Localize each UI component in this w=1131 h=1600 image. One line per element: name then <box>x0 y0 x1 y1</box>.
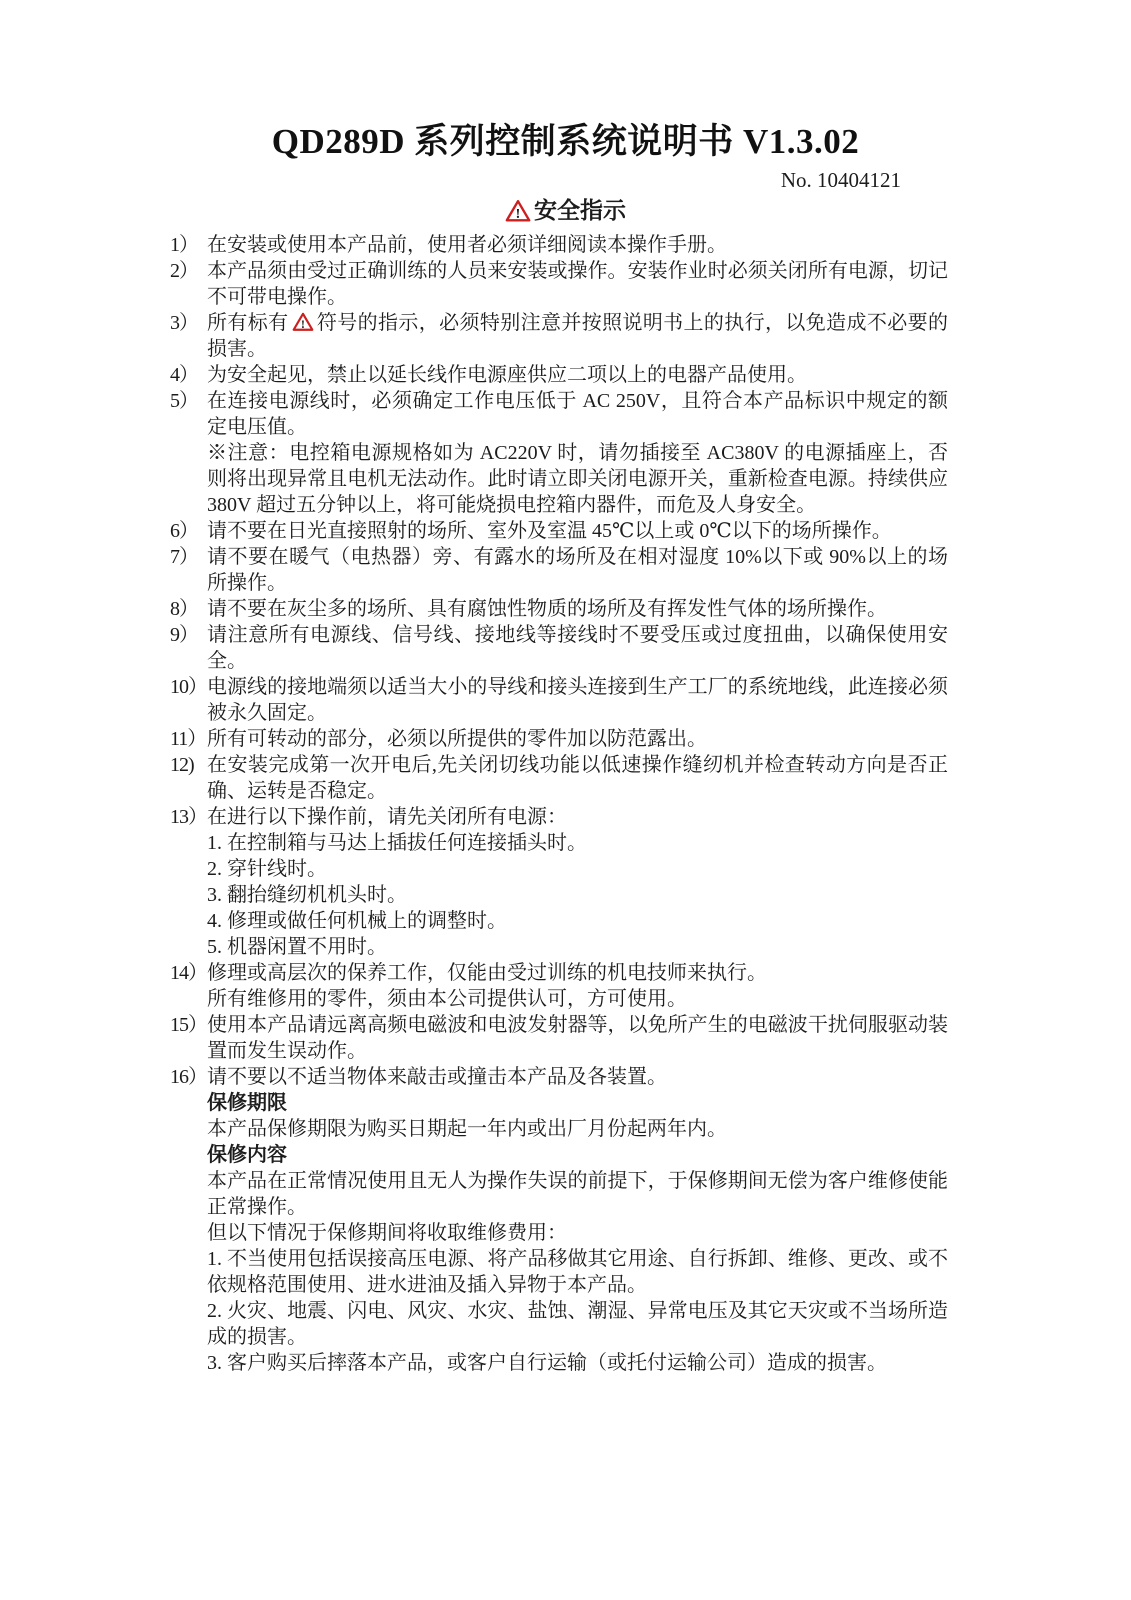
item-note: ※注意：电控箱电源规格如为 AC220V 时，请勿插接至 AC380V 的电源插… <box>207 440 948 518</box>
warranty-fee-item: 1. 不当使用包括误接高压电源、将产品移做其它用途、自行拆卸、维修、更改、或不依… <box>207 1246 948 1298</box>
item-number: 8） <box>170 596 207 622</box>
item-number: 11） <box>170 726 207 752</box>
item-text: 在连接电源线时，必须确定工作电压低于 AC 250V，且符合本产品标识中规定的额… <box>207 388 948 518</box>
item-text-main: 在连接电源线时，必须确定工作电压低于 AC 250V，且符合本产品标识中规定的额… <box>207 388 948 440</box>
warranty-period-heading: 保修期限 <box>207 1090 948 1116</box>
item-text-extra: 所有维修用的零件，须由本公司提供认可，方可使用。 <box>207 986 948 1012</box>
item-number: 4） <box>170 362 207 388</box>
safety-item-4: 4） 为安全起见，禁止以延长线作电源座供应二项以上的电器产品使用。 <box>170 362 948 388</box>
safety-item-2: 2） 本产品须由受过正确训练的人员来安装或操作。安装作业时必须关闭所有电源，切记… <box>170 258 948 310</box>
item-number: 3） <box>170 310 207 362</box>
item-text: 所有可转动的部分，必须以所提供的零件加以防范露出。 <box>207 726 948 752</box>
safety-item-1: 1） 在安装或使用本产品前，使用者必须详细阅读本操作手册。 <box>170 232 948 258</box>
warning-triangle-icon: ! <box>292 312 314 332</box>
safety-item-14: 14） 修理或高层次的保养工作，仅能由受过训练的机电技师来执行。 所有维修用的零… <box>170 960 948 1012</box>
warranty-fee-intro: 但以下情况于保修期间将收取维修费用： <box>207 1220 948 1246</box>
item-text: 使用本产品请远离高频电磁波和电波发射器等，以免所产生的电磁波干扰伺服驱动装置而发… <box>207 1012 948 1064</box>
item-text: 请不要以不适当物体来敲击或撞击本产品及各装置。 <box>207 1064 948 1090</box>
safety-instructions-list: 1） 在安装或使用本产品前，使用者必须详细阅读本操作手册。 2） 本产品须由受过… <box>170 232 948 1376</box>
sub-item: 2. 穿针线时。 <box>207 856 948 882</box>
manual-page: QD289D 系列控制系统说明书 V1.3.02 No. 10404121 ! … <box>0 0 1131 1600</box>
item-number: 5） <box>170 388 207 518</box>
item-text: 修理或高层次的保养工作，仅能由受过训练的机电技师来执行。 所有维修用的零件，须由… <box>207 960 948 1012</box>
item-number: 1） <box>170 232 207 258</box>
safety-item-5: 5） 在连接电源线时，必须确定工作电压低于 AC 250V，且符合本产品标识中规… <box>170 388 948 518</box>
safety-item-10: 10） 电源线的接地端须以适当大小的导线和接头连接到生产工厂的系统地线，此连接必… <box>170 674 948 726</box>
item-number: 2） <box>170 258 207 310</box>
doc-number: No. 10404121 <box>0 166 901 194</box>
item-text: 请不要在暖气（电热器）旁、有露水的场所及在相对湿度 10%以下或 90%以上的场… <box>207 544 948 596</box>
item-number: 9） <box>170 622 207 674</box>
item-text: 电源线的接地端须以适当大小的导线和接头连接到生产工厂的系统地线，此连接必须被永久… <box>207 674 948 726</box>
safety-item-12: 12) 在安装完成第一次开电后,先关闭切线功能以低速操作缝纫机并检查转动方向是否… <box>170 752 948 804</box>
item-text: 请不要在日光直接照射的场所、室外及室温 45℃以上或 0℃以下的场所操作。 <box>207 518 948 544</box>
item-text-main: 在进行以下操作前，请先关闭所有电源： <box>207 804 948 830</box>
item-text: 在安装或使用本产品前，使用者必须详细阅读本操作手册。 <box>207 232 948 258</box>
warranty-fee-item: 3. 客户购买后摔落本产品，或客户自行运输（或托付运输公司）造成的损害。 <box>207 1350 948 1376</box>
safety-item-7: 7） 请不要在暖气（电热器）旁、有露水的场所及在相对湿度 10%以下或 90%以… <box>170 544 948 596</box>
item-number: 15） <box>170 1012 207 1064</box>
svg-text:!: ! <box>516 207 521 222</box>
item-number: 13） <box>170 804 207 960</box>
item-text: 在安装完成第一次开电后,先关闭切线功能以低速操作缝纫机并检查转动方向是否正确、运… <box>207 752 948 804</box>
warranty-content-text: 本产品在正常情况使用且无人为操作失误的前提下，于保修期间无偿为客户维修使能正常操… <box>207 1168 948 1220</box>
item-number: 12) <box>170 752 207 804</box>
safety-item-6: 6） 请不要在日光直接照射的场所、室外及室温 45℃以上或 0℃以下的场所操作。 <box>170 518 948 544</box>
item-text: 请注意所有电源线、信号线、接地线等接线时不要受压或过度扭曲，以确保使用安全。 <box>207 622 948 674</box>
item-text-before-icon: 所有标有 <box>207 312 289 334</box>
item-text: 请不要在灰尘多的场所、具有腐蚀性物质的场所及有挥发性气体的场所操作。 <box>207 596 948 622</box>
safety-item-9: 9） 请注意所有电源线、信号线、接地线等接线时不要受压或过度扭曲，以确保使用安全… <box>170 622 948 674</box>
page-title: QD289D 系列控制系统说明书 V1.3.02 <box>0 120 1131 164</box>
safety-item-8: 8） 请不要在灰尘多的场所、具有腐蚀性物质的场所及有挥发性气体的场所操作。 <box>170 596 948 622</box>
warranty-content-heading: 保修内容 <box>207 1142 948 1168</box>
svg-text:!: ! <box>301 318 305 331</box>
sub-item: 3. 翻抬缝纫机机头时。 <box>207 882 948 908</box>
safety-item-15: 15） 使用本产品请远离高频电磁波和电波发射器等，以免所产生的电磁波干扰伺服驱动… <box>170 1012 948 1064</box>
item-number: 10） <box>170 674 207 726</box>
sub-item: 1. 在控制箱与马达上插拔任何连接插头时。 <box>207 830 948 856</box>
safety-item-11: 11） 所有可转动的部分，必须以所提供的零件加以防范露出。 <box>170 726 948 752</box>
warranty-section: 保修期限 本产品保修期限为购买日期起一年内或出厂月份起两年内。 保修内容 本产品… <box>207 1090 948 1376</box>
warranty-period-text: 本产品保修期限为购买日期起一年内或出厂月份起两年内。 <box>207 1116 948 1142</box>
sub-item: 4. 修理或做任何机械上的调整时。 <box>207 908 948 934</box>
safety-heading-label: 安全指示 <box>534 196 626 226</box>
item-number: 14） <box>170 960 207 1012</box>
item-number: 6） <box>170 518 207 544</box>
item-text: 为安全起见，禁止以延长线作电源座供应二项以上的电器产品使用。 <box>207 362 948 388</box>
warranty-fee-item: 2. 火灾、地震、闪电、风灾、水灾、盐蚀、潮湿、异常电压及其它天灾或不当场所造成… <box>207 1298 948 1350</box>
item-text-after-icon: 符号的指示，必须特别注意并按照说明书上的执行，以免造成不必要的损害。 <box>207 312 948 360</box>
safety-item-16: 16） 请不要以不适当物体来敲击或撞击本产品及各装置。 <box>170 1064 948 1090</box>
item-text: 本产品须由受过正确训练的人员来安装或操作。安装作业时必须关闭所有电源，切记不可带… <box>207 258 948 310</box>
item-text: 在进行以下操作前，请先关闭所有电源： 1. 在控制箱与马达上插拔任何连接插头时。… <box>207 804 948 960</box>
item-number: 16） <box>170 1064 207 1090</box>
safety-section-heading: ! 安全指示 <box>0 196 1131 226</box>
item-number: 7） <box>170 544 207 596</box>
safety-item-13: 13） 在进行以下操作前，请先关闭所有电源： 1. 在控制箱与马达上插拔任何连接… <box>170 804 948 960</box>
item-text-main: 修理或高层次的保养工作，仅能由受过训练的机电技师来执行。 <box>207 960 948 986</box>
sub-item: 5. 机器闲置不用时。 <box>207 934 948 960</box>
warning-triangle-icon: ! <box>505 199 531 223</box>
safety-item-3: 3） 所有标有!符号的指示，必须特别注意并按照说明书上的执行，以免造成不必要的损… <box>170 310 948 362</box>
item-text: 所有标有!符号的指示，必须特别注意并按照说明书上的执行，以免造成不必要的损害。 <box>207 310 948 362</box>
